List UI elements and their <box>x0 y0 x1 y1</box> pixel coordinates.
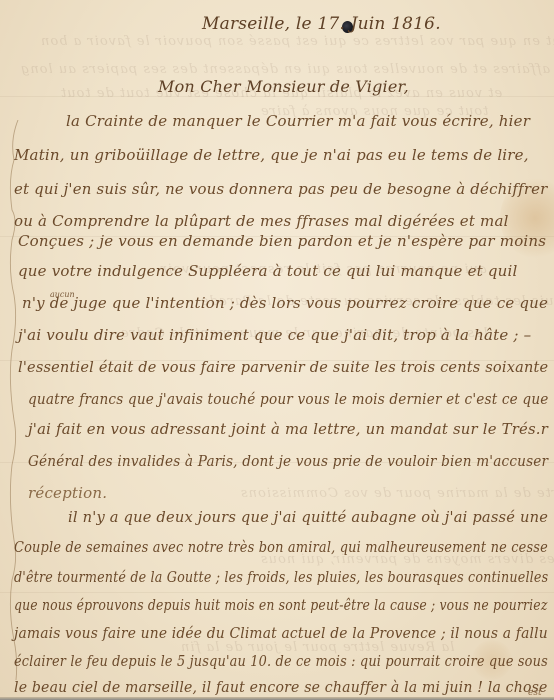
bleed-through-text: les affaires et de nouvelles tous qui en… <box>20 62 554 77</box>
letter-line: Général des invalides à Paris, dont je v… <box>28 454 548 469</box>
letter-line: que votre indulgence Suppléera à tout ce… <box>18 264 518 279</box>
letter-line: ou à Comprendre la plûpart de mes ffrase… <box>14 214 509 229</box>
bleed-through-text: vous avez sorte de la marine pour de vos… <box>240 486 554 501</box>
letter-line: Conçues ; je vous en demande bien pardon… <box>18 234 546 249</box>
letter-line: éclairer le feu depuis le 5 jusqu'au 10.… <box>14 654 548 669</box>
letter-line: jamais vous faire une idée du Climat act… <box>14 626 548 641</box>
salutation: Mon Cher Monsieur de Vigier, <box>158 79 409 95</box>
letter-line: le beau ciel de marseille, il faut encor… <box>14 680 548 695</box>
letter-line: n'y de juge que l'intention ; dès lors v… <box>22 296 548 311</box>
letter-line: et qui j'en suis sûr, ne vous donnera pa… <box>14 182 548 197</box>
letter-line: Matin, un griboüillage de lettre, que je… <box>14 148 529 163</box>
letter-line: réception. <box>28 486 107 501</box>
letter-line: j'ai fait en vous adressant joint à ma l… <box>28 422 548 437</box>
letter-line: il n'y a que deux jours que j'ai quitté … <box>68 510 548 525</box>
paper-fold-line <box>0 592 554 593</box>
letter-line: la Crainte de manquer le Courrier m'a fa… <box>66 114 530 129</box>
letter-page: ent en que par vos lettres ce qui est pa… <box>0 0 554 700</box>
dateline: Marseille, le 17. Juin 1816. <box>202 16 441 33</box>
letter-line: l'essentiel était de vous faire parvenir… <box>18 360 548 375</box>
letter-line: Couple de semaines avec notre très bon a… <box>14 540 548 555</box>
bleed-through-text: ent en que par vos lettres ce qui est pa… <box>40 34 554 49</box>
letter-line: d'être tourmenté de la Goutte ; les froi… <box>14 570 548 585</box>
letter-line: quatre francs que j'avais touché pour vo… <box>28 392 549 407</box>
letter-line: j'ai voulu dire vaut infiniment que ce q… <box>18 328 531 343</box>
letter-line: que nous éprouvons depuis huit mois en s… <box>14 598 548 613</box>
